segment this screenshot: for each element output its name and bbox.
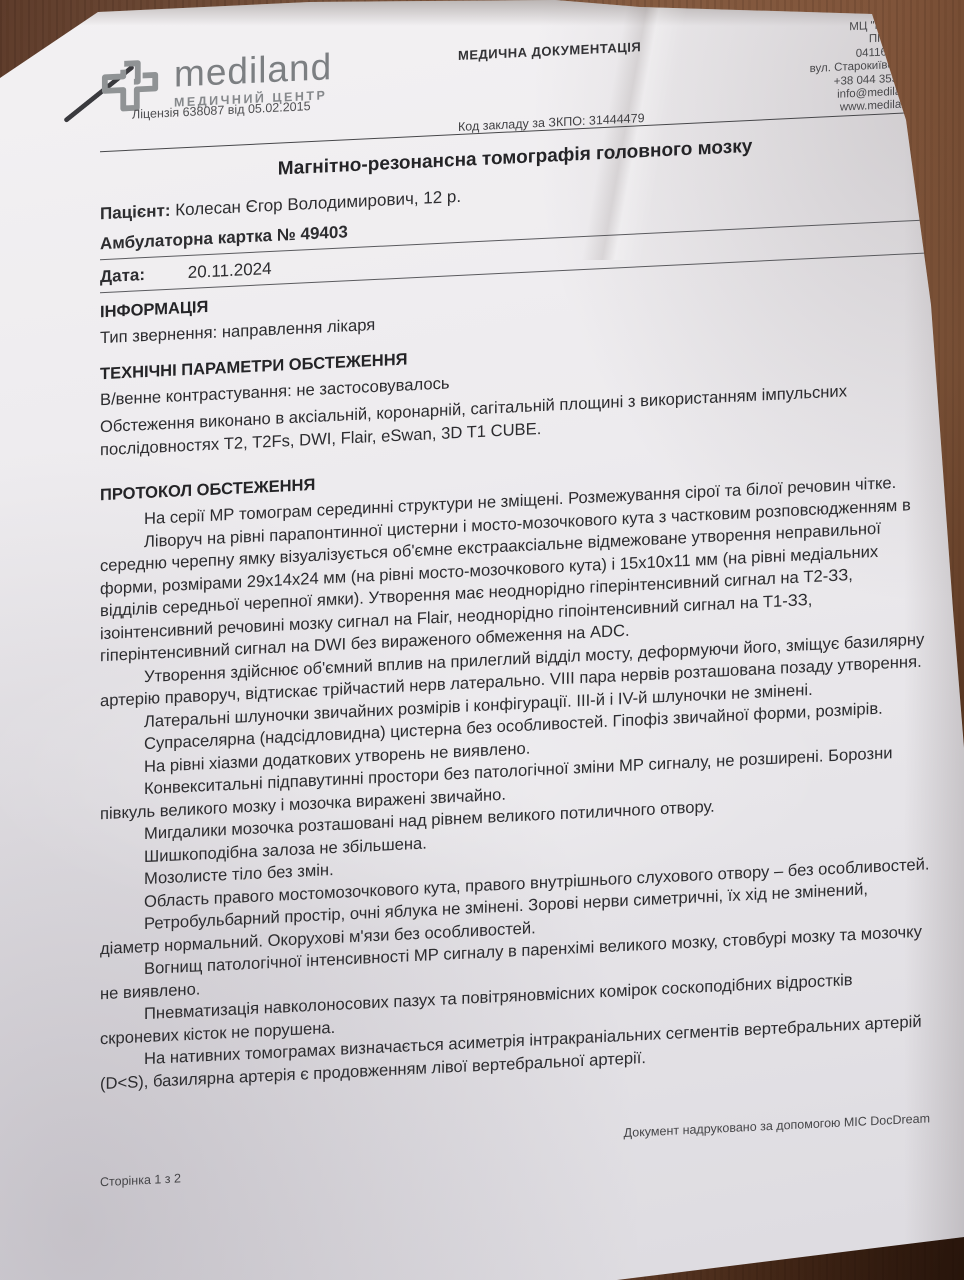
brand-name: mediland — [174, 48, 332, 93]
header-center: МЕДИЧНА ДОКУМЕНТАЦІЯ Код закладу за ЗКПО… — [400, 13, 722, 136]
document-content: mediland МЕДИЧНИЙ ЦЕНТР Ліцензія 638087 … — [0, 0, 964, 1280]
date-label: Дата: — [100, 265, 145, 286]
brand-block: mediland МЕДИЧНИЙ ЦЕНТР Ліцензія 638087 … — [100, 29, 400, 121]
date-value: 20.11.2024 — [188, 259, 272, 282]
document-footer: Сторінка 1 з 2 Документ надруковано за д… — [100, 1111, 930, 1189]
document-header: mediland МЕДИЧНИЙ ЦЕНТР Ліцензія 638087 … — [100, 3, 930, 151]
paper-sheet: mediland МЕДИЧНИЙ ЦЕНТР Ліцензія 638087 … — [0, 0, 964, 1280]
printed-by: Документ надруковано за допомогою МІС Do… — [624, 1111, 930, 1140]
protocol-body: На серії МР томограм серединні структури… — [100, 470, 930, 1095]
page-number: Сторінка 1 з 2 — [100, 1171, 181, 1189]
patient-value: Колесан Єгор Володимирович, 12 р. — [175, 187, 461, 220]
photo-of-document: mediland МЕДИЧНИЙ ЦЕНТР Ліцензія 638087 … — [0, 0, 964, 1280]
facility-code: Код закладу за ЗКПО: 31444479 — [458, 111, 645, 134]
doc-type-label: МЕДИЧНА ДОКУМЕНТАЦІЯ — [458, 35, 722, 63]
patient-label: Пацієнт: — [100, 201, 171, 223]
